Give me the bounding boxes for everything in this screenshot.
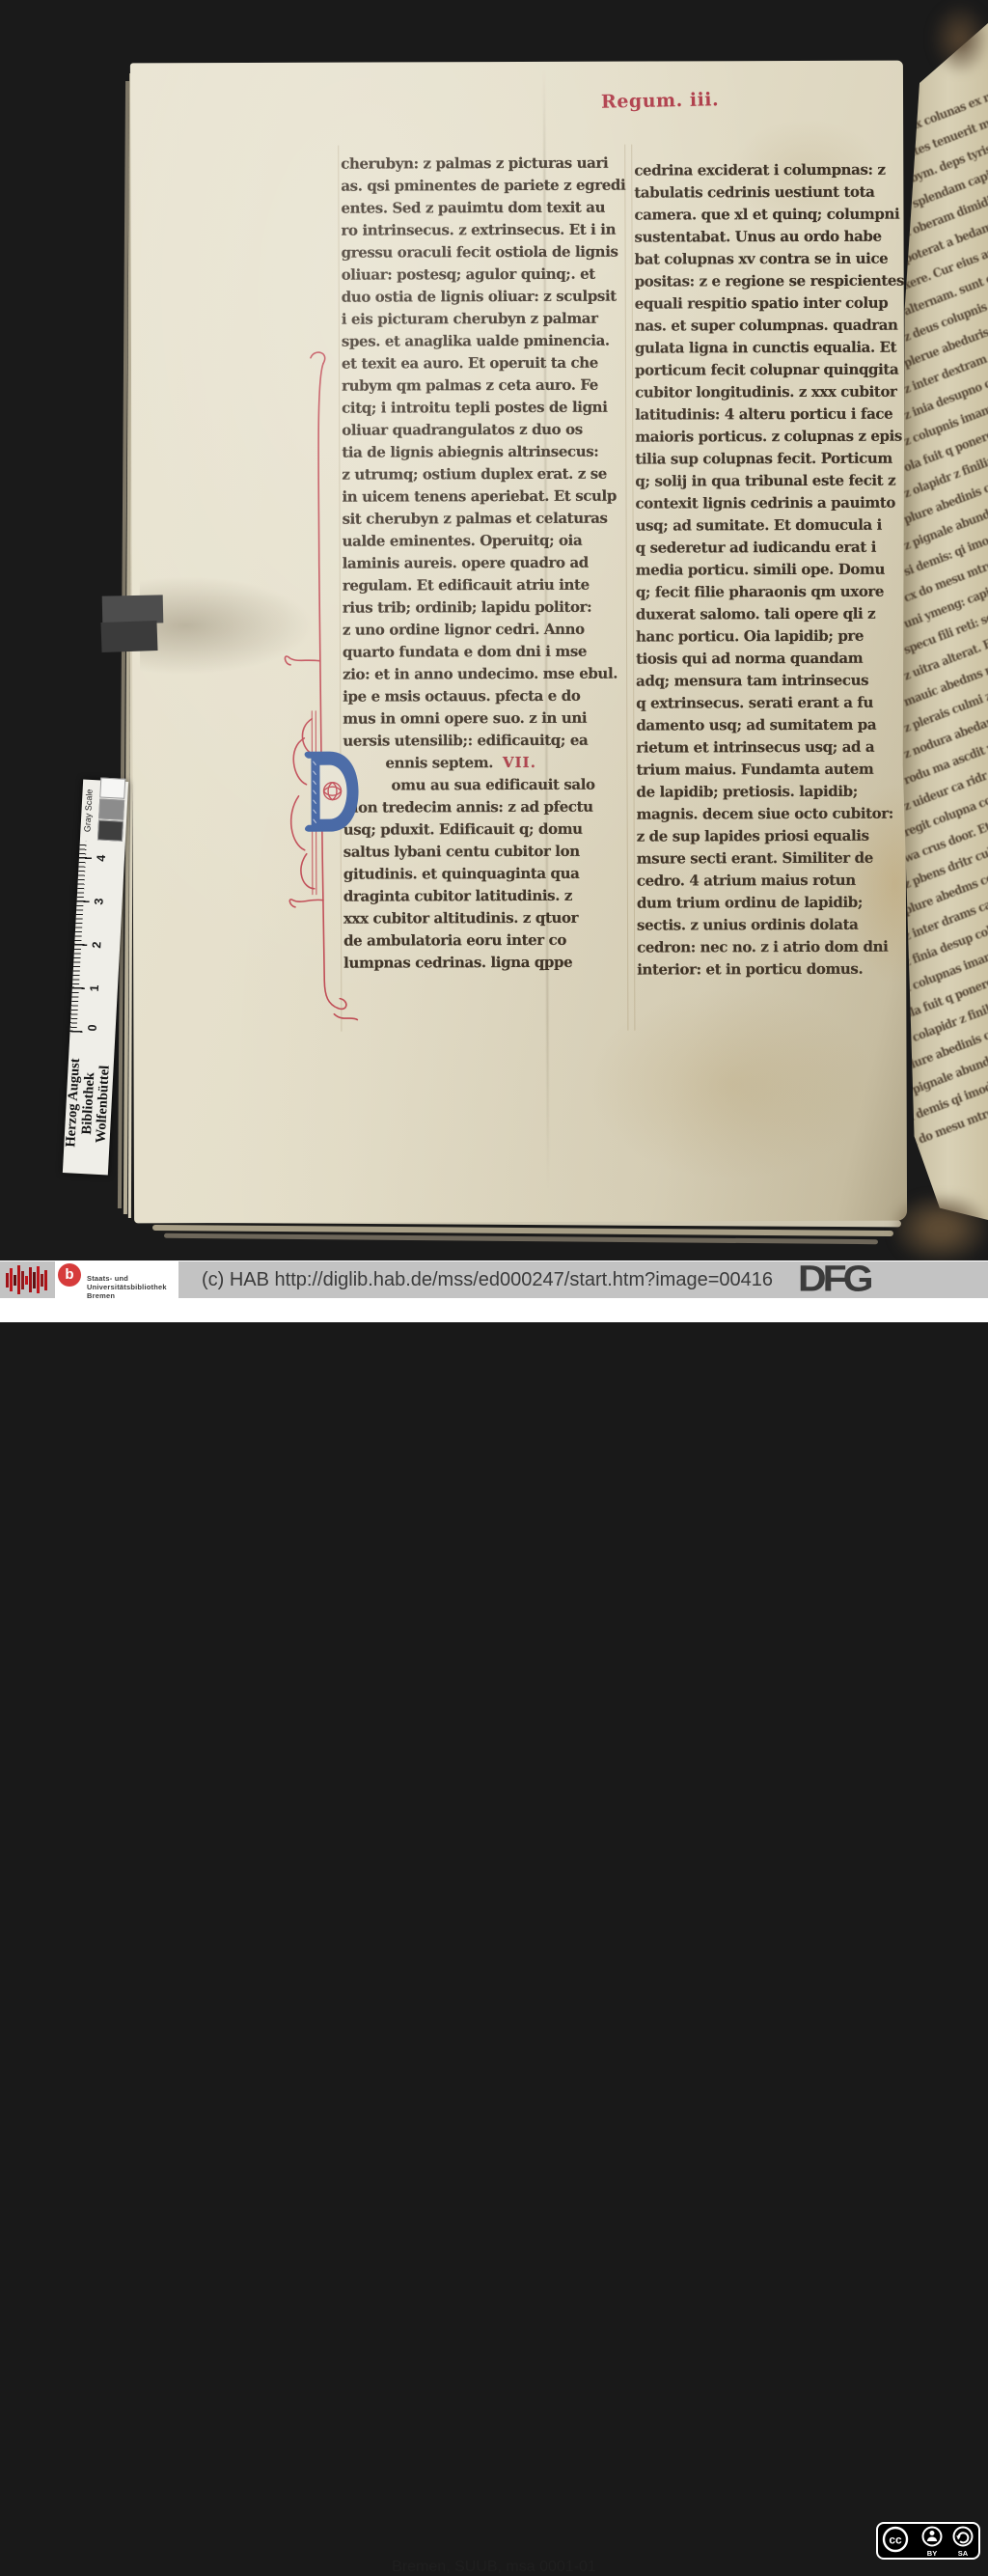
bremen-line: Bremen — [87, 1291, 167, 1300]
ruler-number: 3 — [92, 898, 105, 905]
manuscript-line: positas: z e regione se respicientes — [635, 270, 907, 293]
suub-bars-logo — [0, 1261, 55, 1298]
page-bulge-shadow — [140, 572, 323, 679]
parchment-crease — [543, 69, 549, 1189]
copyright-text: (c) HAB http://diglib.hab.de/mss/ed00024… — [188, 1261, 786, 1298]
manuscript-line: regulam. Et edificauit atriu inte — [343, 574, 628, 597]
manuscript-line: rubym qm palmas z ceta auro. Fe — [342, 374, 627, 398]
manuscript-line: omu au sua edificauit salo — [343, 774, 628, 797]
copyright-strip: (c) HAB http://diglib.hab.de/mss/ed00024… — [178, 1261, 988, 1298]
ruling-line — [338, 146, 342, 1032]
manuscript-line: interior: et in porticu domus. — [637, 958, 907, 982]
manuscript-line: rius trib; ordinib; lapidu politor: — [343, 596, 628, 620]
manuscript-line: draginta cubitor latitudinis. z — [343, 885, 629, 908]
manuscript-line: q sederetur ad iudicandu erat i — [636, 537, 907, 560]
manuscript-line: et texit ea auro. Et operuit ta che — [342, 352, 627, 375]
manuscript-line: hanc porticu. Oia lapidib; pre — [636, 625, 907, 649]
manuscript-line: q; solij in qua tribunal este fecit z — [635, 470, 907, 493]
manuscript-line: tiosis qui ad norma quandam — [636, 648, 907, 671]
manuscript-line: zio: et in anno undecimo. mse ebul. — [343, 663, 628, 686]
manuscript-line: saltus lybani centu cubitor lon — [343, 841, 629, 864]
bremen-b-logo: b — [58, 1263, 81, 1287]
rubric-heading: Regum. iii. — [601, 89, 720, 113]
manuscript-line: damento usq; ad sumitatem pa — [636, 714, 907, 737]
manuscript-line: de ambulatoria eoru inter co — [343, 929, 629, 953]
manuscript-line: maioris porticus. z colupnas z epis — [635, 426, 907, 449]
manuscript-line: tabulatis cedrinis uestiunt tota — [634, 181, 907, 205]
parchment-stain — [842, 782, 908, 984]
manuscript-line: gitudinis. et quinquaginta qua — [343, 863, 629, 886]
manuscript-line: rietum et intrinsecus usq; ad a — [636, 736, 907, 760]
page-holder-tab — [100, 621, 157, 652]
manuscript-line: in uicem tenens aperiebat. Et sculp — [342, 485, 627, 509]
manuscript-line: tia de lignis abiegnis altrinsecus: — [342, 441, 627, 464]
manuscript-line: magnis. decem siue octo cubitor: — [637, 803, 908, 826]
parchment-stain — [587, 987, 877, 1181]
bremen-line: Staats- und — [87, 1274, 167, 1283]
manuscript-line: ro intrinsecus. z extrinsecus. Et i in — [341, 219, 626, 242]
book-corner-bottom-right — [893, 1195, 988, 1260]
manuscript-line: media porticu. simili ope. Domu — [636, 559, 907, 582]
ruler-number: 2 — [90, 941, 103, 949]
manuscript-line: cedron: nec no. z i atrio dom dni — [637, 936, 907, 959]
digitized-manuscript-photo: Regum. iii. cherubyn: z palmas z pictura… — [0, 0, 988, 1260]
manuscript-line: gressu oraculi fecit ostiola de lignis — [342, 241, 627, 264]
red-penwork-flourish — [130, 61, 907, 1224]
manuscript-line: camera. que xl et quinq; columpni — [634, 204, 907, 227]
ruler-number: 0 — [86, 1024, 99, 1032]
manuscript-line: as. qsi pminentes de pariete z egredi — [341, 175, 626, 198]
gray-scale-swatches — [97, 777, 125, 841]
manuscript-page: Regum. iii. cherubyn: z palmas z pictura… — [130, 61, 907, 1224]
ruling-line — [631, 145, 635, 1031]
manuscript-line: lumpnas cedrinas. ligna qppe — [343, 952, 629, 975]
manuscript-line: cherubyn: z palmas z picturas uari — [341, 152, 626, 176]
footer-bar: b Staats- und Universitätsbibliothek Bre… — [0, 1260, 988, 1322]
manuscript-line: z uno ordine lignor cedri. Anno — [343, 619, 628, 642]
manuscript-line: latitudinis: 4 alteru porticu i face — [635, 403, 907, 427]
chapter-number: VII. — [503, 754, 536, 771]
manuscript-line: duxerat salomo. tali opere qli z — [636, 603, 907, 626]
manuscript-line: porticum fecit colupnar quinqgita — [635, 359, 907, 382]
manuscript-line: ennis septem.VII. — [343, 752, 628, 775]
swatch-mid — [98, 798, 124, 819]
cm-scale: 0 1 2 3 4 — [69, 841, 124, 1034]
swatch-dark — [97, 819, 123, 841]
manuscript-line: entes. Sed z pauimtu dom texit au — [341, 197, 626, 220]
manuscript-line: z de sup lapides priosi equalis — [637, 825, 907, 848]
suub-logo-box — [0, 1261, 55, 1298]
manuscript-line: sit cherubyn z palmas et celaturas — [343, 508, 628, 531]
manuscript-line: de lapidib; pretiosis. lapidib; — [637, 781, 908, 804]
gray-scale-patch: Gray Scale — [80, 780, 128, 844]
ruler-ticks — [69, 841, 93, 1032]
manuscript-line: oliuar: postesq; agulor quinq;. et — [342, 263, 627, 287]
manuscript-line: citq; i introitu tepli postes de ligni — [342, 397, 627, 420]
bremen-line: Universitätsbibliothek — [87, 1283, 167, 1291]
manuscript-line: ualde eminentes. Operuitq; oia — [343, 530, 628, 553]
manuscript-line: q; fecit filie pharaonis qm uxore — [636, 581, 907, 604]
facing-page-text: rex colunas ex mltelates tenuerit modeab… — [904, 116, 988, 1158]
text-column-left: cherubyn: z palmas z picturas uarias. qs… — [341, 152, 629, 975]
institution-label: Herzog August Bibliothek Wolfenbüttel — [63, 1032, 116, 1175]
gray-scale-label: Gray Scale — [82, 780, 95, 842]
manuscript-line: adq; mensura tam intrinsecus — [636, 670, 907, 693]
manuscript-line: quarto fundata e dom dni i mse — [343, 641, 628, 664]
manuscript-line: nas. et super columpnas. quadran — [635, 315, 907, 338]
dfg-logo: DFG — [798, 1260, 870, 1294]
manuscript-line: q extrinsecus. serati erant a fu — [636, 692, 907, 715]
manuscript-line: i eis picturam cherubyn z palmar — [342, 308, 627, 331]
manuscript-line: usq; ad sumitate. Et domucula i — [636, 514, 908, 538]
manuscript-line: z utrumq; ostium duplex erat. z se — [342, 463, 627, 486]
manuscript-line: cedrina exciderat i columpnas: z — [634, 159, 907, 182]
manuscript-line: duo ostia de lignis oliuar: z sculpsit — [342, 286, 627, 309]
manuscript-line: mus in omni opere suo. z in uni — [343, 707, 628, 731]
manuscript-line: cubitor longitudinis. z xxx cubitor — [635, 381, 907, 404]
manuscript-line: trium maius. Fundamta autem — [636, 759, 907, 782]
book-corner-top-right — [932, 4, 988, 73]
manuscript-line: tilia sup colupnas fecit. Porticum — [635, 448, 907, 471]
swatch-white — [99, 777, 125, 798]
text-column-right: cedrina exciderat i columpnas: ztabulati… — [634, 159, 907, 982]
manuscript-line: gulata ligna in cunctis equalia. Et — [635, 337, 907, 360]
facing-page-edge: rex colunas ex mltelates tenuerit modeab… — [900, 23, 988, 1220]
manuscript-line: laminis aureis. opere quadro ad — [343, 552, 628, 575]
manuscript-line: ipe e msis octauus. pfecta e do — [343, 685, 628, 708]
bremen-institution-label: Staats- und Universitätsbibliothek Breme… — [87, 1274, 167, 1300]
manuscript-line: cedro. 4 atrium maius rotun — [637, 870, 907, 893]
ruler-number: 1 — [88, 984, 101, 992]
manuscript-line: usq; pduxit. Edificauit q; domu — [343, 818, 629, 842]
manuscript-line: sustentabat. Unus au ordo habe — [634, 226, 907, 249]
manuscript-line: equali respitio spatio inter colup — [635, 292, 907, 316]
manuscript-line: contexit lignis cedrinis a pauimto — [635, 492, 907, 515]
manuscript-line: mon tredecim annis: z ad pfectu — [343, 796, 629, 819]
ruler-number: 4 — [95, 854, 108, 862]
manuscript-line: uersis utensilib;: edificauitq; ea — [343, 730, 628, 753]
manuscript-line: xxx cubitor altitudinis. z qtuor — [343, 907, 629, 930]
manuscript-line: spes. et anaglika ualde pminencia. — [342, 330, 627, 353]
ruling-line — [624, 145, 628, 1031]
illuminated-initial-D — [302, 746, 360, 839]
manuscript-line: oliuar quadrangulatos z duo os — [342, 419, 627, 442]
manuscript-line: bat colupnas xv contra se in uice — [635, 248, 908, 271]
parchment-stain — [728, 119, 883, 226]
manuscript-line: dum trium ordinu de lapidib; — [637, 892, 907, 915]
manuscript-line: sectis. z unius ordinis dolata — [637, 914, 907, 937]
manuscript-line: msure secti erant. Similiter de — [637, 847, 907, 871]
